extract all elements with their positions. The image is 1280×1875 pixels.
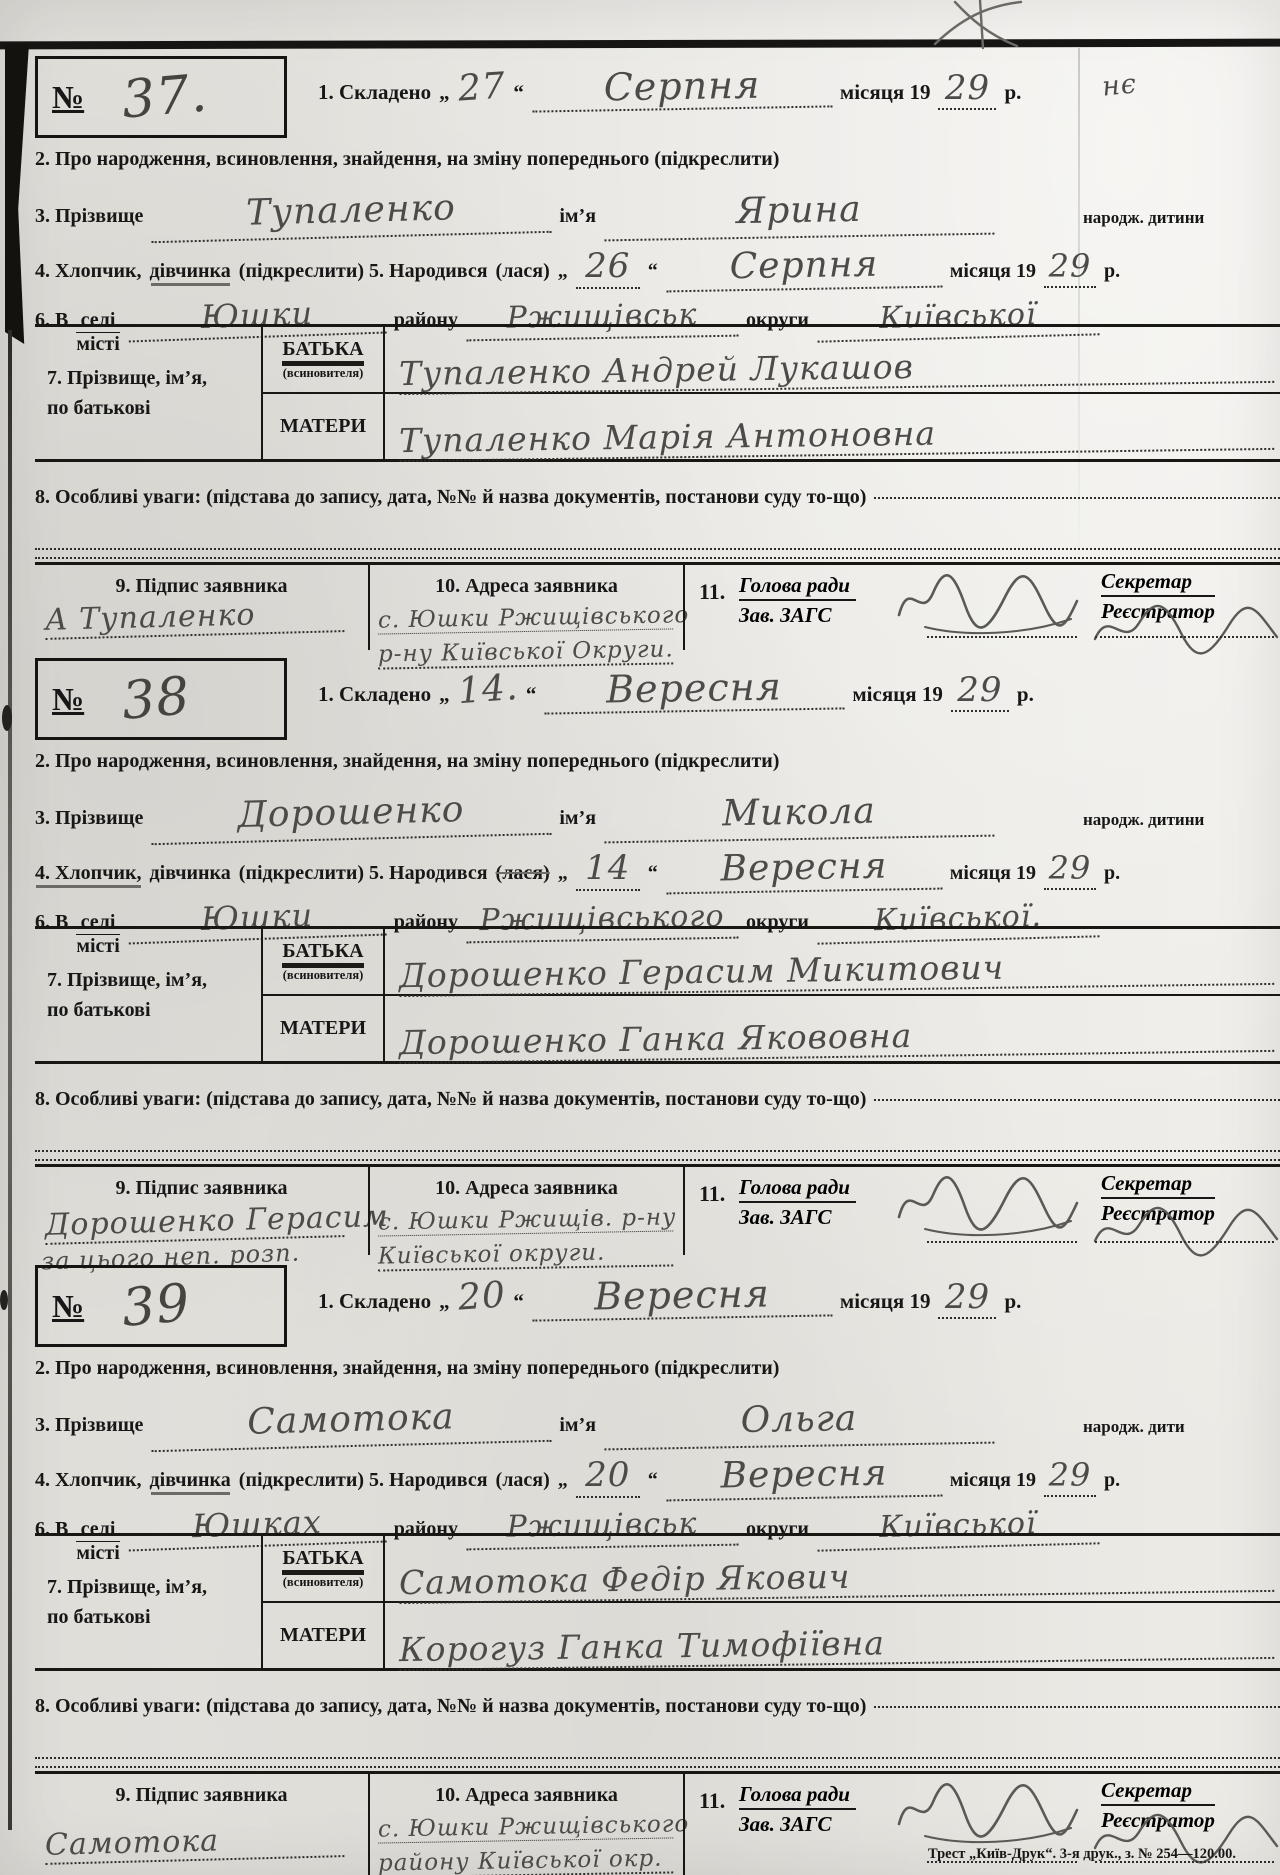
parents-label-line2: по батькові (47, 995, 261, 1025)
secretary-signature-scribble (1089, 1201, 1279, 1261)
parents-label-line2: по батькові (47, 1602, 261, 1632)
month-year-label: місяця 19 (852, 682, 943, 707)
mother-name-value: Тупаленко Марія Антоновна (399, 409, 1274, 462)
year-suffix-label: р. (1104, 1469, 1120, 1492)
composed-month: Серпня (532, 61, 833, 112)
adopter-label: (всиновителя) (263, 968, 383, 983)
mother-label: МАТЕРИ (280, 1017, 366, 1040)
secretary-label: Секретар (1101, 1778, 1215, 1806)
mother-label: МАТЕРИ (280, 415, 366, 438)
boy-option: 4. Хлопчик, (35, 862, 142, 885)
head-of-council-label: Голова ради (739, 1782, 856, 1810)
girl-option: дівчинка (150, 1469, 231, 1492)
composed-label: 1. Складено (318, 1289, 431, 1314)
applicant-address-cell: 10. Адреса заявника с. Юшки Ржищів. р-ну… (368, 1167, 683, 1255)
name-line: 3. Прізвище Дорошенко ім’я Микола (35, 788, 994, 840)
record-type-label: 2. Про народження, всиновлення, знайденн… (35, 1357, 779, 1380)
father-label: БАТЬКА (282, 940, 363, 963)
composed-year: 29 (938, 1277, 996, 1319)
year-suffix-label: р. (1004, 80, 1021, 105)
name-line: 3. Прізвище Тупаленко ім’я Ярина (35, 186, 994, 238)
sex-and-birth-line: 4. Хлопчик, дівчинка (підкреслити) 5. На… (35, 244, 1120, 290)
mother-label-cell: МАТЕРИ (263, 996, 383, 1061)
parents-label-line1: 7. Прізвище, ім’я, (47, 1572, 261, 1602)
sex-and-birth-line: 4. Хлопчик, дівчинка (підкреслити) 5. На… (35, 1453, 1120, 1499)
number-sign: № (52, 1288, 84, 1325)
close-quote: “ (648, 1469, 658, 1492)
mother-entry-row: Корогуз Ганка Тимофіївна (385, 1603, 1280, 1668)
given-name-value: Микола (604, 785, 995, 844)
composed-line: 1. Складено „ 20 “ Вересня місяця 19 29 … (318, 1273, 1021, 1319)
mother-entry-row: Тупаленко Марія Антоновна (385, 394, 1280, 459)
parents-label: 7. Прізвище, ім’я, по батькові (35, 327, 261, 459)
girl-option: дівчинка (150, 260, 231, 283)
parents-label-line1: 7. Прізвище, ім’я, (47, 363, 261, 393)
composed-year: 29 (951, 670, 1009, 712)
close-quote: “ (648, 260, 658, 283)
birth-month-value: Вересня (665, 844, 942, 895)
boy-option: 4. Хлопчик, (35, 1469, 142, 1492)
boy-option: 4. Хлопчик, (35, 260, 142, 283)
applicant-address-line1: с. Юшки Ржищівського (378, 602, 673, 634)
given-name-value: Ольга (604, 1392, 995, 1451)
composed-label: 1. Складено (318, 682, 431, 707)
chairman-cell: 11. Голова ради Зав. ЗАГС (683, 565, 1085, 650)
father-entry-row: Дорошенко Герасим Микитович (385, 929, 1280, 996)
parents-label: 7. Прізвище, ім’я, по батькові (35, 1536, 261, 1668)
empty-dotted-line (35, 1150, 1280, 1152)
composed-label: 1. Складено (318, 80, 431, 105)
month-year-label: місяця 19 (840, 1289, 931, 1314)
birth-month-value: Вересня (665, 1451, 942, 1502)
composed-line: 1. Складено „ 27 “ Серпня місяця 19 29 р… (318, 64, 1021, 110)
close-quote: “ (513, 80, 524, 105)
item-11-label: 11. (699, 1181, 725, 1207)
record-type-label: 2. Про народження, всиновлення, знайденн… (35, 148, 779, 171)
child-birth-note: народж. дитини (1083, 810, 1204, 830)
chairman-signature-scribble (895, 1169, 1080, 1241)
close-quote: “ (648, 862, 658, 885)
record-type-line: 2. Про народження, всиновлення, знайденн… (35, 148, 779, 171)
secretary-cell: Секретар Реєстратор (1085, 565, 1280, 650)
mother-name-value: Дорошенко Ганка Якововна (399, 1011, 1274, 1064)
applicant-address-cell: 10. Адреса заявника с. Юшки Ржищівського… (368, 1774, 683, 1875)
composed-day: 20 (456, 1274, 507, 1318)
parents-block: 7. Прізвище, ім’я, по батькові БАТЬКА (в… (35, 324, 1280, 462)
record-number: 39 (120, 1273, 193, 1339)
chairman-signature-scribble (895, 567, 1080, 639)
record-type-line: 2. Про народження, всиновлення, знайденн… (35, 1357, 779, 1380)
given-name-value: Ярина (604, 183, 995, 242)
parents-entries: Тупаленко Андрей Лукашов Тупаленко Марія… (385, 327, 1280, 459)
chairman-signature-line (927, 1241, 1077, 1243)
parents-entries: Самотока Федір Якович Корогуз Ганка Тимо… (385, 1536, 1280, 1668)
father-label: БАТЬКА (282, 338, 363, 361)
birth-year-value: 29 (1044, 1455, 1096, 1497)
head-of-council-label: Голова ради (739, 573, 856, 601)
secretary-label: Секретар (1101, 569, 1215, 597)
lasya-label: (лася) (496, 1469, 550, 1492)
born-label: (підкреслити) 5. Народився (239, 862, 488, 885)
zags-manager-label: Зав. ЗАГС (739, 1810, 856, 1836)
month-year-label: місяця 19 (950, 862, 1036, 885)
open-quote: „ (439, 682, 450, 707)
father-name-value: Тупаленко Андрей Лукашов (399, 342, 1274, 395)
parents-block: 7. Прізвище, ім’я, по батькові БАТЬКА (в… (35, 926, 1280, 1064)
mother-label-cell: МАТЕРИ (263, 394, 383, 459)
birth-record: № 38 1. Складено „ 14. “ Вересня місяця … (0, 650, 1280, 1255)
close-quote: “ (526, 682, 537, 707)
parents-label-line2: по батькові (47, 393, 261, 423)
given-name-label: ім’я (559, 1414, 596, 1437)
pencil-cross-mark (925, 0, 1030, 50)
chairman-cell: 11. Голова ради Зав. ЗАГС (683, 1167, 1085, 1255)
parents-label: 7. Прізвище, ім’я, по батькові (35, 929, 261, 1061)
number-sign: № (52, 79, 84, 116)
number-sign: № (52, 681, 84, 718)
composed-day: 27 (456, 65, 507, 109)
chairman-signature-line (927, 636, 1077, 638)
composed-month: Вересня (544, 663, 845, 714)
record-number-box: № 39 (35, 1265, 287, 1347)
month-year-label: місяця 19 (840, 80, 931, 105)
parents-label-line1: 7. Прізвище, ім’я, (47, 965, 261, 995)
surname-label: 3. Прізвище (35, 807, 143, 830)
surname-label: 3. Прізвище (35, 1414, 143, 1437)
applicant-signature-value: А Тупаленко (45, 595, 345, 640)
birth-year-value: 29 (1044, 246, 1096, 288)
dotted-fill-line (874, 1706, 1280, 1708)
born-label: (підкреслити) 5. Народився (239, 260, 488, 283)
special-notes-label: 8. Особливі уваги: (підстава до запису, … (35, 1088, 866, 1111)
applicant-address-label: 10. Адреса заявника (370, 1784, 683, 1807)
zags-manager-label: Зав. ЗАГС (739, 1203, 856, 1229)
close-quote: “ (513, 1289, 524, 1314)
applicant-address-line1: с. Юшки Ржищів. р-ну (378, 1204, 673, 1236)
father-name-value: Дорошенко Герасим Микитович (399, 944, 1274, 997)
empty-dotted-line (35, 1757, 1280, 1759)
birth-record: № 39 1. Складено „ 20 “ Вересня місяця 1… (0, 1257, 1280, 1875)
father-label-cell: БАТЬКА (всиновителя) (263, 327, 383, 394)
year-suffix-label: р. (1004, 1289, 1021, 1314)
chairman-title: Голова ради Зав. ЗАГС (739, 1175, 856, 1229)
empty-dotted-line (35, 548, 1280, 550)
applicant-signature-value: Самотока (45, 1820, 345, 1865)
father-mother-column: БАТЬКА (всиновителя) МАТЕРИ (261, 1536, 385, 1668)
applicant-address-line2: району Київської окр. (378, 1845, 673, 1875)
birth-day-value: 20 (576, 1454, 640, 1498)
printer-imprint: Трест „Київ-Друк“. 3-я друк., з. № 254—1… (928, 1846, 1236, 1863)
applicant-address-cell: 10. Адреса заявника с. Юшки Ржищівського… (368, 565, 683, 650)
secretary-cell: Секретар Реєстратор (1085, 1167, 1280, 1255)
given-name-label: ім’я (559, 807, 596, 830)
surname-label: 3. Прізвище (35, 205, 143, 228)
birth-day-value: 14 (576, 847, 640, 891)
signatures-row: 9. Підпис заявника Дорошенко Герасим за … (35, 1164, 1280, 1255)
applicant-signature-label: 9. Підпис заявника (35, 575, 368, 598)
surname-value: Тупаленко (151, 181, 552, 243)
applicant-address-label: 10. Адреса заявника (370, 1177, 683, 1200)
applicant-signature-label: 9. Підпис заявника (35, 1784, 368, 1807)
adopter-label: (всиновителя) (263, 1575, 383, 1590)
applicant-signature-cell: 9. Підпис заявника Самотока (35, 1774, 368, 1875)
applicant-signature-cell: 9. Підпис заявника Дорошенко Герасим за … (35, 1167, 368, 1255)
month-year-label: місяця 19 (950, 260, 1036, 283)
father-label: БАТЬКА (282, 1547, 363, 1570)
open-quote: „ (558, 260, 568, 283)
father-entry-row: Тупаленко Андрей Лукашов (385, 327, 1280, 394)
registry-book-page: нє № 37. 1. Складено „ 27 “ Серпня місяц… (0, 0, 1280, 1875)
item-11-label: 11. (699, 1788, 725, 1814)
zags-manager-label: Зав. ЗАГС (739, 601, 856, 627)
record-type-label: 2. Про народження, всиновлення, знайденн… (35, 750, 779, 773)
open-quote: „ (558, 862, 568, 885)
dotted-fill-line (874, 1099, 1280, 1101)
name-line: 3. Прізвище Самотока ім’я Ольга (35, 1395, 994, 1447)
applicant-address-line1: с. Юшки Ржищівського (378, 1811, 673, 1843)
dotted-fill-line (874, 497, 1280, 499)
birth-year-value: 29 (1044, 848, 1096, 890)
special-notes-label: 8. Особливі уваги: (підстава до запису, … (35, 1695, 866, 1718)
mother-label: МАТЕРИ (280, 1624, 366, 1647)
surname-value: Дорошенко (151, 783, 552, 845)
parents-block: 7. Прізвище, ім’я, по батькові БАТЬКА (в… (35, 1533, 1280, 1671)
special-notes-line: 8. Особливі уваги: (підстава до запису, … (35, 1695, 1280, 1718)
record-number: 38 (120, 666, 193, 732)
birth-month-value: Серпня (665, 242, 942, 293)
mother-label-cell: МАТЕРИ (263, 1603, 383, 1668)
secretary-label: Секретар (1101, 1171, 1215, 1199)
chairman-signature-scribble (895, 1776, 1080, 1848)
item-11-label: 11. (699, 579, 725, 605)
applicant-signature-label: 9. Підпис заявника (35, 1177, 368, 1200)
mother-name-value: Корогуз Ганка Тимофіївна (399, 1618, 1274, 1671)
record-type-line: 2. Про народження, всиновлення, знайденн… (35, 750, 779, 773)
born-label: (підкреслити) 5. Народився (239, 1469, 488, 1492)
lasya-label: (лася) (496, 862, 550, 885)
special-notes-line: 8. Особливі уваги: (підстава до запису, … (35, 486, 1280, 509)
father-label-cell: БАТЬКА (всиновителя) (263, 929, 383, 996)
father-name-value: Самотока Федір Якович (399, 1551, 1274, 1604)
chairman-title: Голова ради Зав. ЗАГС (739, 1782, 856, 1836)
special-notes-label: 8. Особливі уваги: (підстава до запису, … (35, 486, 866, 509)
open-quote: „ (558, 1469, 568, 1492)
special-notes-line: 8. Особливі уваги: (підстава до запису, … (35, 1088, 1280, 1111)
year-suffix-label: р. (1104, 862, 1120, 885)
chairman-title: Голова ради Зав. ЗАГС (739, 573, 856, 627)
sex-and-birth-line: 4. Хлопчик, дівчинка (підкреслити) 5. На… (35, 846, 1120, 892)
father-label-cell: БАТЬКА (всиновителя) (263, 1536, 383, 1603)
composed-year: 29 (938, 68, 996, 110)
open-quote: „ (439, 80, 450, 105)
mother-entry-row: Дорошенко Ганка Якововна (385, 996, 1280, 1061)
composed-line: 1. Складено „ 14. “ Вересня місяця 19 29… (318, 666, 1034, 712)
father-mother-column: БАТЬКА (всиновителя) МАТЕРИ (261, 929, 385, 1061)
secretary-signature-line (1095, 1241, 1274, 1243)
applicant-signature-cell: 9. Підпис заявника А Тупаленко (35, 565, 368, 650)
birth-record: № 37. 1. Складено „ 27 “ Серпня місяця 1… (0, 48, 1280, 650)
composed-month: Вересня (532, 1270, 833, 1321)
surname-value: Самотока (151, 1390, 552, 1452)
signatures-row: 9. Підпис заявника А Тупаленко 10. Адрес… (35, 562, 1280, 650)
father-entry-row: Самотока Федір Якович (385, 1536, 1280, 1603)
secretary-signature-line (1095, 636, 1274, 638)
father-mother-column: БАТЬКА (всиновителя) МАТЕРИ (261, 327, 385, 459)
year-suffix-label: р. (1104, 260, 1120, 283)
child-birth-note: народж. дитини (1083, 208, 1204, 228)
record-number-box: № 38 (35, 658, 287, 740)
composed-day: 14. (456, 667, 519, 712)
head-of-council-label: Голова ради (739, 1175, 856, 1203)
open-quote: „ (439, 1289, 450, 1314)
birth-day-value: 26 (576, 245, 640, 289)
child-birth-note: народж. дити (1083, 1417, 1185, 1437)
month-year-label: місяця 19 (950, 1469, 1036, 1492)
year-suffix-label: р. (1017, 682, 1034, 707)
record-number: 37. (120, 63, 211, 130)
adopter-label: (всиновителя) (263, 366, 383, 381)
parents-entries: Дорошенко Герасим Микитович Дорошенко Га… (385, 929, 1280, 1061)
applicant-address-label: 10. Адреса заявника (370, 575, 683, 598)
given-name-label: ім’я (559, 205, 596, 228)
lasya-label: (лася) (496, 260, 550, 283)
record-number-box: № 37. (35, 56, 287, 138)
girl-option: дівчинка (150, 862, 231, 885)
